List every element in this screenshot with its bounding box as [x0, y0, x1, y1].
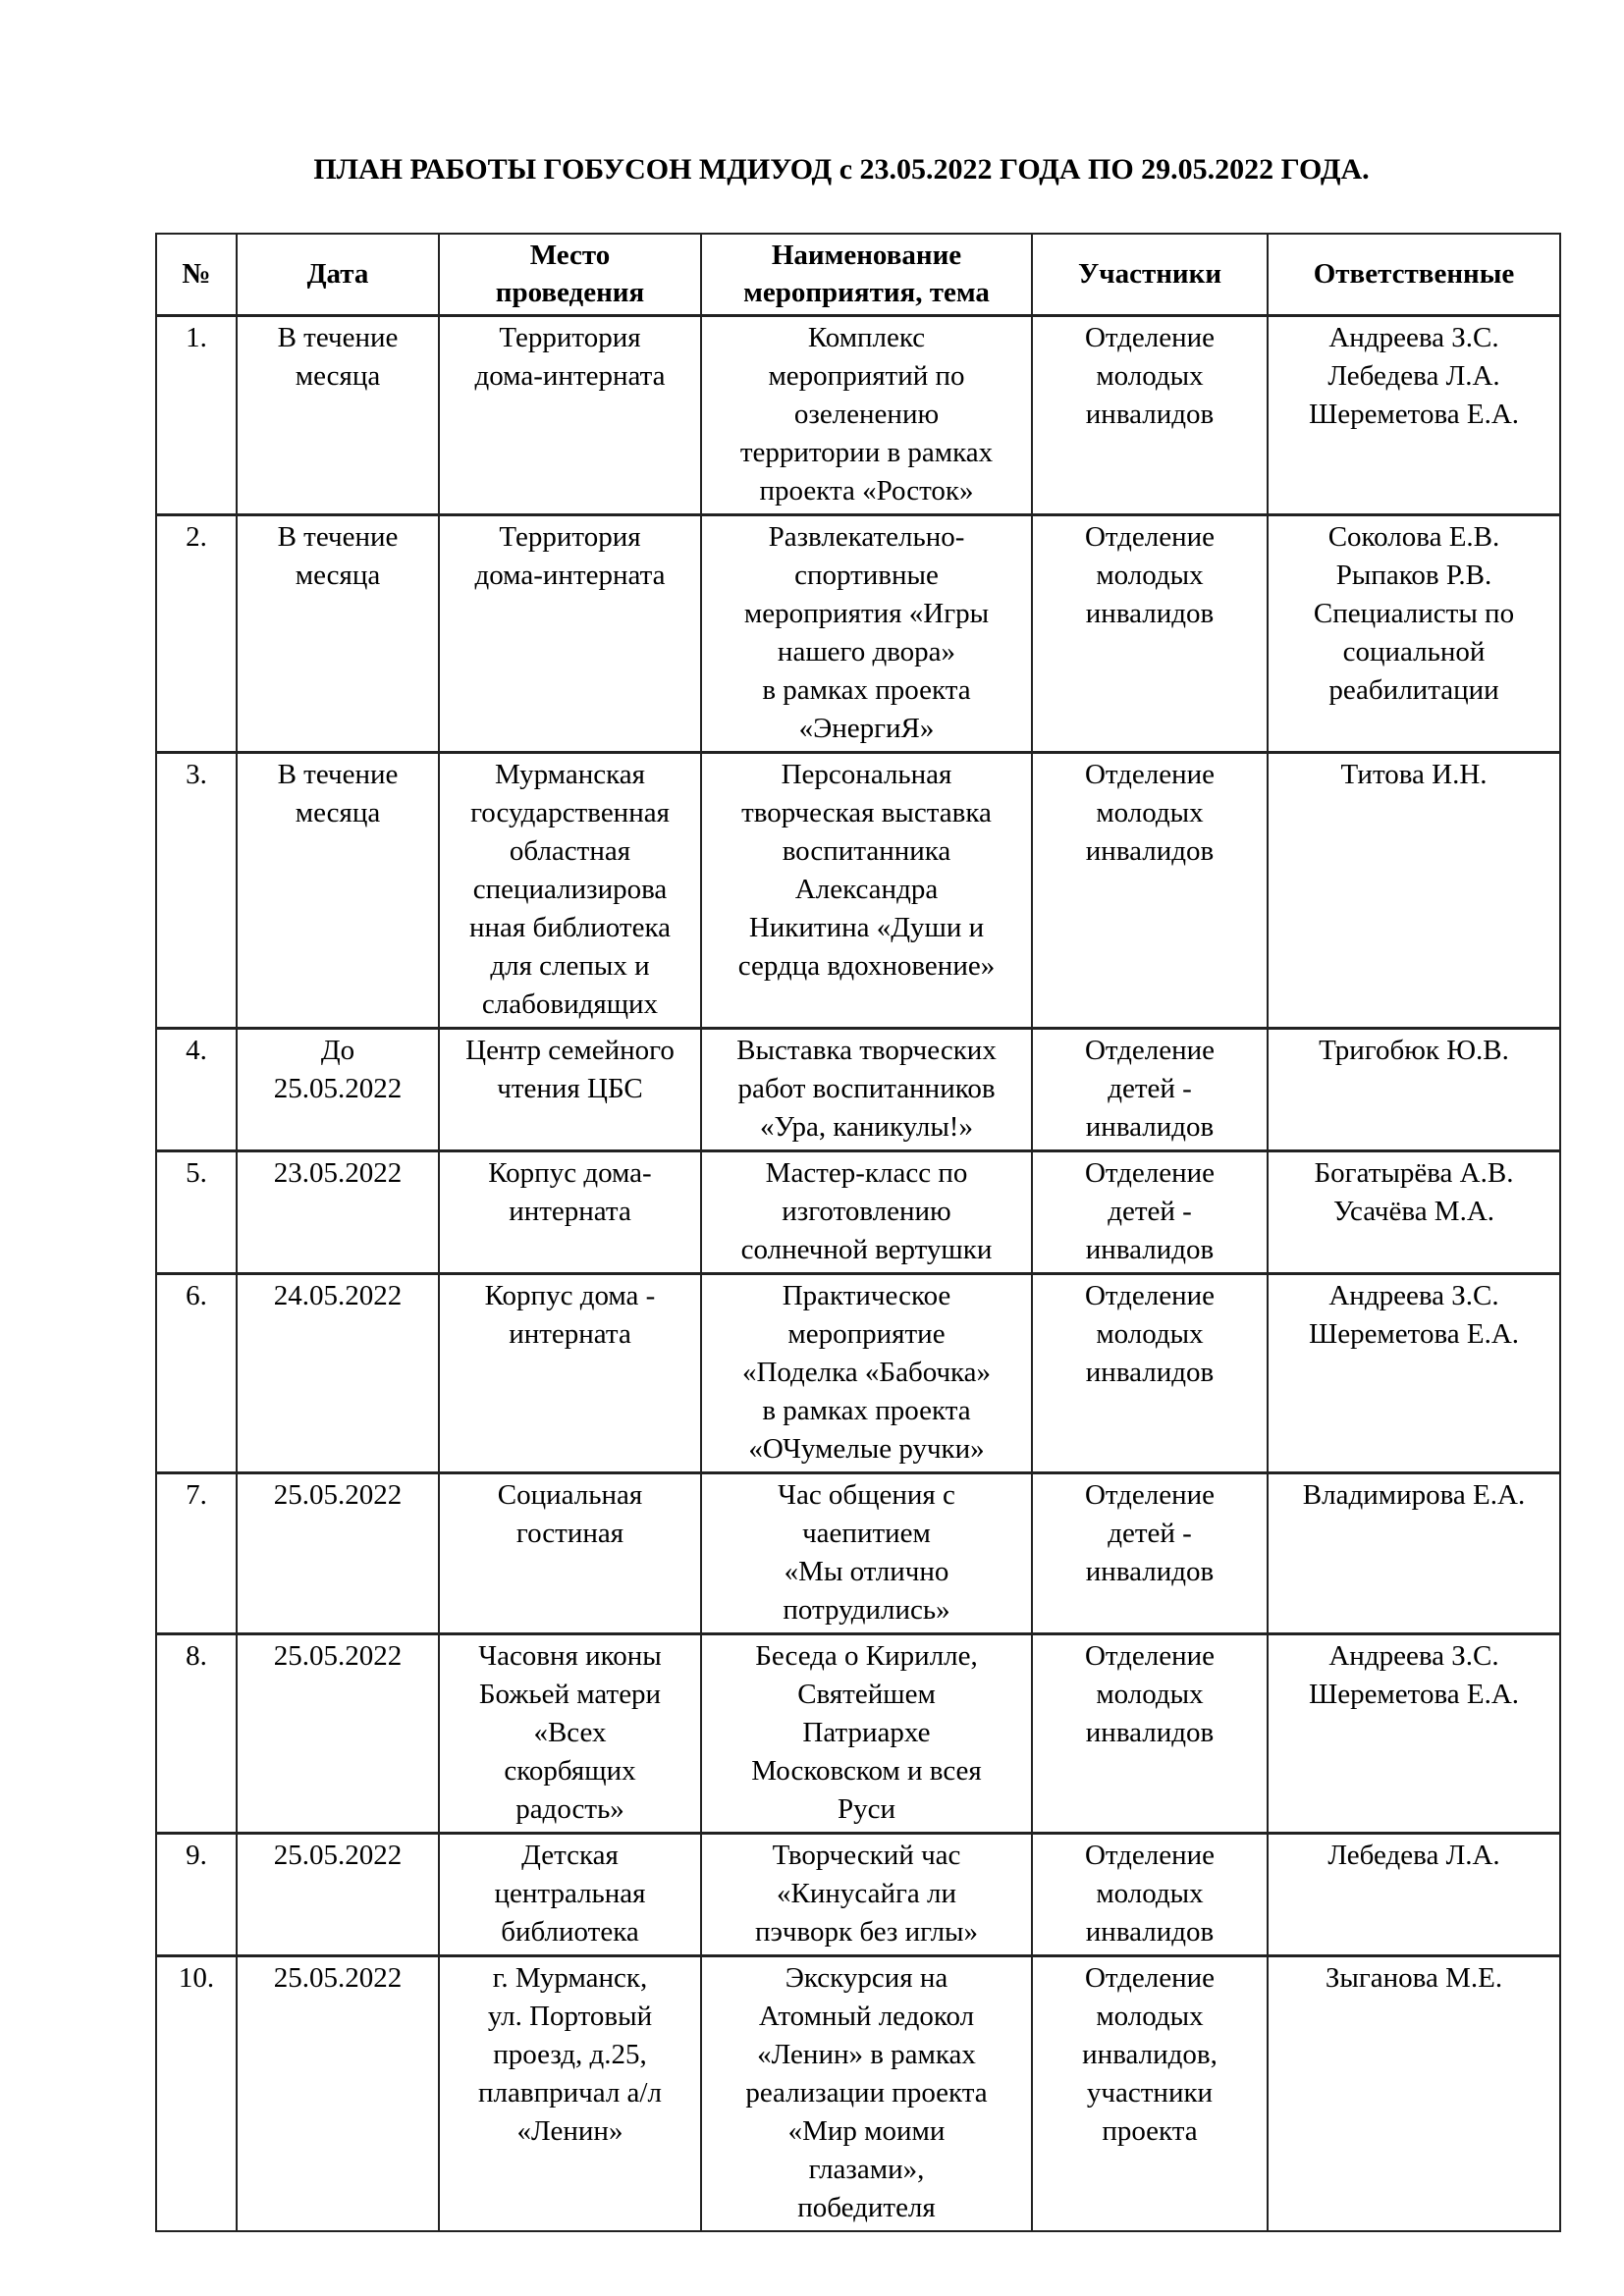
- cell-date: До 25.05.2022: [237, 1029, 439, 1151]
- table-row: 6.24.05.2022Корпус дома - интернатаПракт…: [156, 1274, 1560, 1473]
- table-header-row: № Дата Место проведения Наименование мер…: [156, 234, 1560, 316]
- cell-participants: Отделение детей - инвалидов: [1032, 1473, 1268, 1634]
- cell-date: 25.05.2022: [237, 1634, 439, 1834]
- cell-date: 25.05.2022: [237, 1956, 439, 2232]
- cell-responsible: Тригобюк Ю.В.: [1268, 1029, 1560, 1151]
- cell-place: Часовня иконы Божьей матери «Всех скорбя…: [439, 1634, 701, 1834]
- cell-number: 10.: [156, 1956, 237, 2232]
- table-row: 10.25.05.2022г. Мурманск, ул. Портовый п…: [156, 1956, 1560, 2232]
- cell-responsible: Соколова Е.В. Рыпаков Р.В. Специалисты п…: [1268, 515, 1560, 753]
- cell-responsible: Андреева З.С. Шереметова Е.А.: [1268, 1274, 1560, 1473]
- cell-number: 1.: [156, 316, 237, 515]
- cell-number: 5.: [156, 1151, 237, 1274]
- cell-date: 25.05.2022: [237, 1473, 439, 1634]
- cell-number: 2.: [156, 515, 237, 753]
- cell-number: 9.: [156, 1834, 237, 1956]
- cell-place: Центр семейного чтения ЦБС: [439, 1029, 701, 1151]
- cell-responsible: Андреева З.С. Лебедева Л.А. Шереметова Е…: [1268, 316, 1560, 515]
- work-plan-table: № Дата Место проведения Наименование мер…: [155, 233, 1561, 2232]
- cell-event: Экскурсия на Атомный ледокол «Ленин» в р…: [701, 1956, 1032, 2232]
- cell-responsible: Титова И.Н.: [1268, 753, 1560, 1029]
- cell-event: Час общения с чаепитием «Мы отлично потр…: [701, 1473, 1032, 1634]
- cell-event: Мастер-класс по изготовлению солнечной в…: [701, 1151, 1032, 1274]
- header-event: Наименование мероприятия, тема: [701, 234, 1032, 316]
- table-row: 7.25.05.2022Социальная гостинаяЧас общен…: [156, 1473, 1560, 1634]
- cell-event: Выставка творческих работ воспитанников …: [701, 1029, 1032, 1151]
- cell-responsible: Зыганова М.Е.: [1268, 1956, 1560, 2232]
- cell-participants: Отделение молодых инвалидов, участники п…: [1032, 1956, 1268, 2232]
- table-body: 1.В течение месяцаТерритория дома-интерн…: [156, 316, 1560, 2232]
- cell-place: Территория дома-интерната: [439, 515, 701, 753]
- header-number: №: [156, 234, 237, 316]
- cell-number: 8.: [156, 1634, 237, 1834]
- cell-participants: Отделение молодых инвалидов: [1032, 1834, 1268, 1956]
- cell-date: В течение месяца: [237, 515, 439, 753]
- header-date: Дата: [237, 234, 439, 316]
- cell-number: 7.: [156, 1473, 237, 1634]
- table-row: 3.В течение месяцаМурманская государстве…: [156, 753, 1560, 1029]
- cell-responsible: Богатырёва А.В. Усачёва М.А.: [1268, 1151, 1560, 1274]
- cell-participants: Отделение молодых инвалидов: [1032, 1634, 1268, 1834]
- cell-number: 4.: [156, 1029, 237, 1151]
- cell-number: 6.: [156, 1274, 237, 1473]
- cell-place: г. Мурманск, ул. Портовый проезд, д.25, …: [439, 1956, 701, 2232]
- cell-place: Мурманская государственная областная спе…: [439, 753, 701, 1029]
- cell-number: 3.: [156, 753, 237, 1029]
- document-title: ПЛАН РАБОТЫ ГОБУСОН МДИУОД с 23.05.2022 …: [0, 153, 1624, 187]
- cell-event: Персональная творческая выставка воспита…: [701, 753, 1032, 1029]
- cell-place: Территория дома-интерната: [439, 316, 701, 515]
- table-row: 9.25.05.2022Детская центральная библиоте…: [156, 1834, 1560, 1956]
- cell-place: Детская центральная библиотека: [439, 1834, 701, 1956]
- cell-event: Комплекс мероприятий по озеленению терри…: [701, 316, 1032, 515]
- cell-participants: Отделение детей - инвалидов: [1032, 1029, 1268, 1151]
- table-row: 1.В течение месяцаТерритория дома-интерн…: [156, 316, 1560, 515]
- cell-participants: Отделение молодых инвалидов: [1032, 515, 1268, 753]
- cell-responsible: Лебедева Л.А.: [1268, 1834, 1560, 1956]
- cell-event: Творческий час «Кинусайга ли пэчворк без…: [701, 1834, 1032, 1956]
- cell-date: 23.05.2022: [237, 1151, 439, 1274]
- header-place: Место проведения: [439, 234, 701, 316]
- cell-participants: Отделение молодых инвалидов: [1032, 316, 1268, 515]
- header-responsible: Ответственные: [1268, 234, 1560, 316]
- cell-participants: Отделение детей - инвалидов: [1032, 1151, 1268, 1274]
- cell-event: Практическое мероприятие «Поделка «Бабоч…: [701, 1274, 1032, 1473]
- cell-date: В течение месяца: [237, 753, 439, 1029]
- header-participants: Участники: [1032, 234, 1268, 316]
- table-row: 4.До 25.05.2022Центр семейного чтения ЦБ…: [156, 1029, 1560, 1151]
- cell-place: Корпус дома- интерната: [439, 1151, 701, 1274]
- cell-event: Развлекательно- спортивные мероприятия «…: [701, 515, 1032, 753]
- cell-participants: Отделение молодых инвалидов: [1032, 1274, 1268, 1473]
- table-row: 8.25.05.2022Часовня иконы Божьей матери …: [156, 1634, 1560, 1834]
- cell-responsible: Владимирова Е.А.: [1268, 1473, 1560, 1634]
- cell-date: В течение месяца: [237, 316, 439, 515]
- cell-event: Беседа о Кирилле, Святейшем Патриархе Мо…: [701, 1634, 1032, 1834]
- cell-place: Социальная гостиная: [439, 1473, 701, 1634]
- cell-date: 24.05.2022: [237, 1274, 439, 1473]
- cell-responsible: Андреева З.С. Шереметова Е.А.: [1268, 1634, 1560, 1834]
- table-row: 5.23.05.2022Корпус дома- интернатаМастер…: [156, 1151, 1560, 1274]
- table-row: 2.В течение месяцаТерритория дома-интерн…: [156, 515, 1560, 753]
- cell-participants: Отделение молодых инвалидов: [1032, 753, 1268, 1029]
- cell-place: Корпус дома - интерната: [439, 1274, 701, 1473]
- cell-date: 25.05.2022: [237, 1834, 439, 1956]
